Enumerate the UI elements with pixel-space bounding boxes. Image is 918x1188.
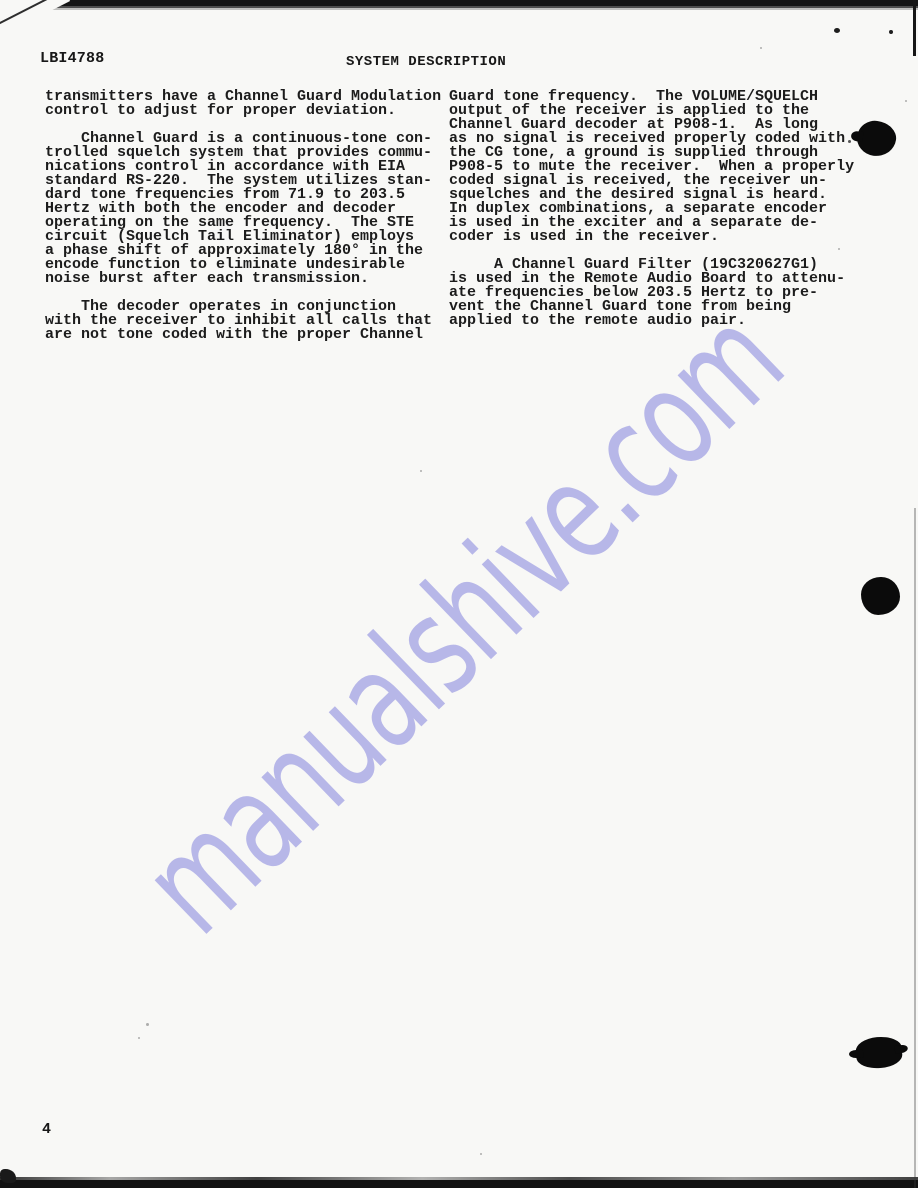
scan-speck <box>420 470 422 472</box>
ink-dot <box>889 30 893 34</box>
scan-speck <box>838 248 840 250</box>
scan-edge-bottom <box>0 1180 918 1188</box>
ink-stain-middle <box>861 577 900 615</box>
scan-speck <box>138 1037 140 1039</box>
scan-edge-right-top <box>913 0 916 56</box>
scan-speck <box>905 100 907 102</box>
doc-number: LBI4788 <box>40 50 104 67</box>
paragraph-guard-filter: A Channel Guard Filter (19C320627G1) is … <box>449 258 869 328</box>
left-column: transmitters have a Channel Guard Modula… <box>45 90 449 356</box>
scan-speck <box>480 1153 482 1155</box>
scan-speck <box>78 90 80 92</box>
right-column: Guard tone frequency. The VOLUME/SQUELCH… <box>449 90 869 342</box>
scan-speck <box>146 1023 149 1026</box>
paragraph-channel-guard: Channel Guard is a continuous-tone con- … <box>45 132 449 286</box>
scan-edge-bottom-blot <box>0 1169 16 1183</box>
page-title: SYSTEM DESCRIPTION <box>346 54 506 70</box>
paragraph-guard-tone: Guard tone frequency. The VOLUME/SQUELCH… <box>449 90 869 244</box>
watermark-text: manualshive.com <box>112 281 811 964</box>
scanned-manual-page: manualshive.com LBI4788 SYSTEM DESCRIPTI… <box>0 0 918 1188</box>
paragraph-transmitters: transmitters have a Channel Guard Modula… <box>45 90 449 118</box>
ink-dot <box>848 140 851 143</box>
ink-stain-bottom <box>855 1035 904 1070</box>
paragraph-decoder: The decoder operates in conjunction with… <box>45 300 449 342</box>
scan-edge-top <box>0 0 918 12</box>
scan-edge-right <box>914 508 916 1188</box>
scan-speck <box>316 333 318 337</box>
ink-dot <box>834 28 840 33</box>
page-number: 4 <box>42 1121 51 1138</box>
scan-speck <box>760 47 762 49</box>
